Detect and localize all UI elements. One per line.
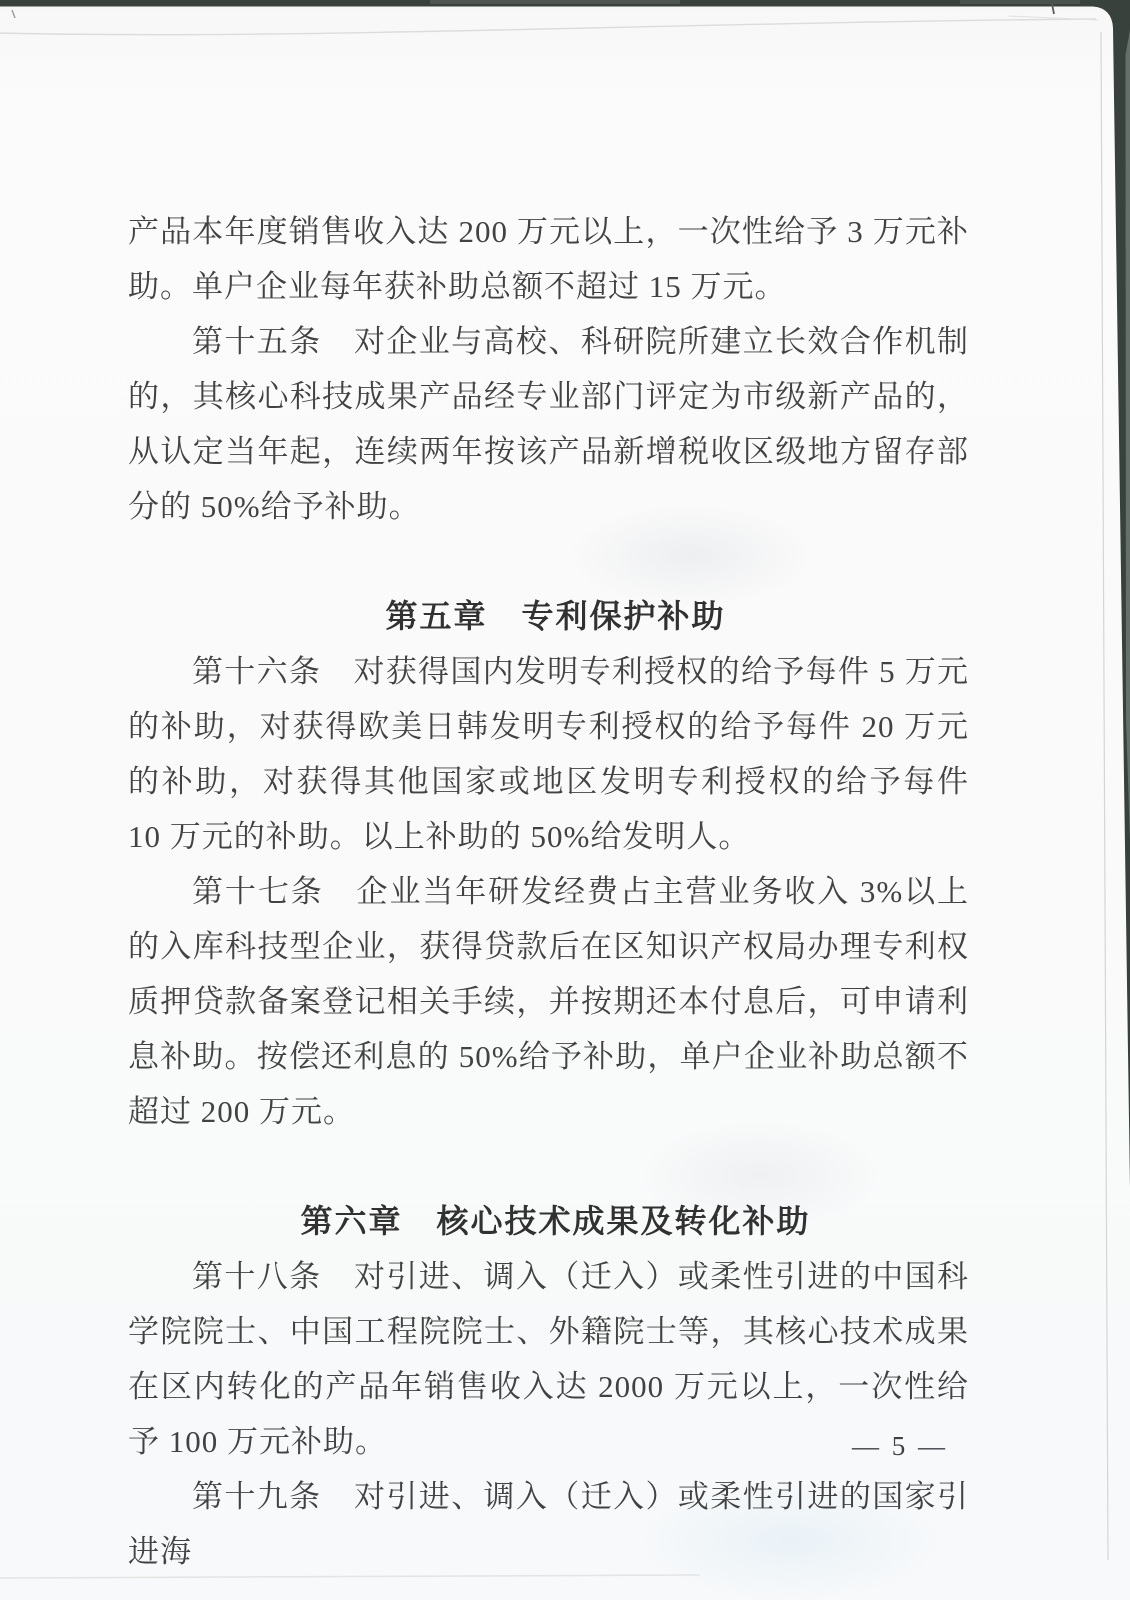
paragraph-continuation: 产品本年度销售收入达 200 万元以上，一次性给予 3 万元补助。单户企业每年获…	[128, 204, 969, 314]
scanned-document-page: 产品本年度销售收入达 200 万元以上，一次性给予 3 万元补助。单户企业每年获…	[0, 0, 1130, 1600]
page-number: — 5 —	[852, 1431, 948, 1462]
paragraph-article-17: 第十七条 企业当年研发经费占主营业务收入 3%以上的入库科技型企业，获得贷款后在…	[128, 864, 969, 1139]
chapter-5-heading: 第五章 专利保护补助	[128, 589, 969, 644]
chapter-6-heading: 第六章 核心技术成果及转化补助	[128, 1194, 969, 1249]
paragraph-article-18: 第十八条 对引进、调入（迁入）或柔性引进的中国科学院院士、中国工程院院士、外籍院…	[128, 1249, 969, 1469]
paragraph-article-15: 第十五条 对企业与高校、科研院所建立长效合作机制的，其核心科技成果产品经专业部门…	[128, 314, 969, 534]
paragraph-article-16: 第十六条 对获得国内发明专利授权的给予每件 5 万元的补助，对获得欧美日韩发明专…	[128, 644, 969, 864]
document-body: 产品本年度销售收入达 200 万元以上，一次性给予 3 万元补助。单户企业每年获…	[128, 204, 969, 1579]
paragraph-article-19: 第十九条 对引进、调入（迁入）或柔性引进的国家引进海	[128, 1469, 969, 1579]
